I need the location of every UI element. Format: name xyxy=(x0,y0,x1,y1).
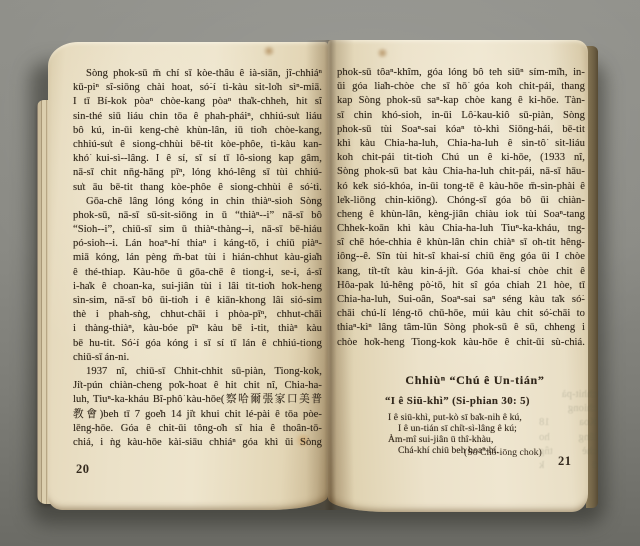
text-line: “Sioh--i”, chiū-sī sim ū thiàⁿ-thàng--i,… xyxy=(73,223,322,237)
text-line: nā-sī chit nn̄g-hāng pīⁿ, lóng khó-lêng … xyxy=(73,166,322,180)
text-line: Ji̍t-pún chiàn-cheng po̍k-hoat ê hit chi… xyxy=(73,379,322,393)
text-line: su̍t āu bē-tit thang kòe-phôe ê siong-ch… xyxy=(73,181,322,195)
text-line: kang, ti̍t-ti̍t kàu kin-á-ji̍t. Góa khai… xyxy=(337,265,585,279)
text-line: i thàng-thiàⁿ, kàu-bóe pīⁿ kàu bē i-tit,… xyxy=(73,322,322,336)
text-line: luh, Tiuⁿ-ka-kháu Bî-phô͘ kàu-hōe(察哈爾張家口… xyxy=(73,393,322,407)
text-line: i-ha̍k ê choan-ka, sui-jiân tùi i lâi ti… xyxy=(73,280,322,294)
text-line: chòe ho̍k-heng Tiong-kok kàu-hōe ê chit-… xyxy=(337,336,585,350)
text-line: sî chē hóe-chhia ê khùn-lân chin chiàⁿ s… xyxy=(337,236,585,250)
text-line: Gōa-chē lâng lóng kóng in chin thiàⁿ-sio… xyxy=(73,195,322,209)
foxing-stain xyxy=(262,46,276,56)
text-line: Sòng phok-sū m̄ chí sī kòe-thâu ê ià-siā… xyxy=(73,67,322,81)
text-line: kó ke̍k sió-khóa, in-ūi tong-tē ê kàu-hō… xyxy=(337,180,585,194)
text-line: sin-thé siū liáu chin tōa ê phah-pháiⁿ, … xyxy=(73,110,322,124)
text-line: koh chit-pái tit-tio̍h Chú un ê ki-hōe, … xyxy=(337,151,585,165)
photo-background: Sòng phok-sū m̄ chí sī kòe-thâu ê ià-siā… xyxy=(0,0,640,546)
text-line: Chia-ha-luh, Sui-oân, Soaⁿ-sai saⁿ séng … xyxy=(337,293,585,307)
text-line: Chhek-koān khì kàu Chia-ha-luh Tiuⁿ-ka-k… xyxy=(337,222,585,236)
text-line: Hôa-pak lú-hêng pò͘-tō, hit sî góa chiah… xyxy=(337,279,585,293)
text-line: khó͘ kui-sì--lâng. I ê sí, sī sí tī lô-s… xyxy=(73,152,322,166)
right-page-text: phok-sū tôaⁿ-khîm, góa lóng bô teh siūⁿ … xyxy=(337,66,585,350)
text-line: miā kóng, lán pèng m̄-bat tùi i hián-chh… xyxy=(73,251,322,265)
text-line: bē hu-tit. Só͘-í góa kóng i sī sí tī lán… xyxy=(73,337,322,351)
text-line: chhiú-su̍t ê siong-chhùi bē-tit kòe-phôe… xyxy=(73,138,322,152)
text-line: chiá, i ǹg kàu-hōe kài-siāu chhiáⁿ góa k… xyxy=(73,436,322,450)
hymn-heading: Chhiùⁿ “Chú ê Un-tián” xyxy=(337,373,585,388)
hymn-subtitle: “I ê Siū-khì” (Si-phian 30: 5) xyxy=(385,395,530,407)
text-line: phok-sū tôaⁿ-khîm, góa lóng bô teh siūⁿ … xyxy=(337,66,585,80)
text-line: iông--ê. Sîn tùi hit-sî khai-sí chiū ēng… xyxy=(337,250,585,264)
text-line: phok-sū tùi Soaⁿ-sai kóaⁿ tò-khì Siōng-h… xyxy=(337,123,585,137)
text-line: chiong xyxy=(539,402,597,416)
text-line: ūi góa lia̍h-chòe che sī hō͘ góa koh chi… xyxy=(337,80,585,94)
text-line: bô kú, in-ūi keng-chè khùn-lân, iū tio̍h… xyxy=(73,124,322,138)
text-line: pó-sioh--i. Lán hoaⁿ-hí thiaⁿ i káng-tō,… xyxy=(73,237,322,251)
text-line: 教會)beh tī 7 goe̍h 14 ji̍t khui chit lé-p… xyxy=(73,408,322,422)
text-line: Koa 18 xyxy=(539,416,597,430)
text-line: Àm-mî sui-jiân ū thî-khàu, xyxy=(388,434,522,445)
text-line: thè i phah-sǹg, chhut-chāi i phòa-pīⁿ, c… xyxy=(73,308,322,322)
left-page-text: Sòng phok-sū m̄ chí sī kòe-thâu ê ià-siā… xyxy=(73,67,322,450)
text-line: I ê un-tián sī chi̍t-sì-lâng ê kú; xyxy=(398,423,522,434)
hymn-attribution: (Só͘ Chò-iōng chok) xyxy=(464,447,542,458)
text-line: I ê siū-khì, put-kò sī ba̍k-nih ê kú, xyxy=(388,412,522,423)
text-line: sìn-sim, nā-sī bô ūi-tio̍h i ê kiān-khon… xyxy=(73,294,322,308)
text-line: lâng ho xyxy=(539,431,597,445)
page-number-left: 20 xyxy=(76,462,90,477)
text-line: khì kàu Chia-ha-luh, Chia-ha-luh ê sìn-t… xyxy=(337,137,585,151)
text-line: 1937 nî, chiū-sī Chhit-chhit sū-piàn, Ti… xyxy=(73,365,322,379)
text-line: chāi chú-lí léng-tō chū-hōe, múi kàu chi… xyxy=(337,307,585,321)
text-line: sī chin khó-sioh, in-ūi Lô͘-kau-kiô sū-p… xyxy=(337,109,585,123)
text-line: chiū-sī án-ni. xyxy=(73,351,322,365)
text-line: lēng-hōe. Góa ê chit-ūi tông-o̍h sī hia … xyxy=(73,422,322,436)
text-line: ê thé-thiap. Kàu-hōe ū gōa-chē ê tiong-i… xyxy=(73,266,322,280)
foxing-stain xyxy=(376,48,389,58)
text-line: chhit-pà xyxy=(539,388,597,402)
text-line: I tī Bí-kok pòaⁿ chòe-kang pòaⁿ tha̍k-ch… xyxy=(73,95,322,109)
text-line: phok-sū, nā-sī sū-sit-siōng in ū “thiàⁿ-… xyxy=(73,209,322,223)
text-line: kū-piⁿ sî-siōng chài hoat, só͘-í tì-kàu … xyxy=(73,81,322,95)
text-line: Sòng phok-sū bat kàu Chia-ha-luh chit-pá… xyxy=(337,165,585,179)
open-book: Sòng phok-sū m̄ chí sī kòe-thâu ê ià-siā… xyxy=(36,36,602,514)
text-line: cheng ê khùn-lân, kèng-jiân chiàu iok tù… xyxy=(337,208,585,222)
text-line: le̍k-liōng chin-kiōng). Chóng-sī góa bô … xyxy=(337,194,585,208)
text-line: thiaⁿ-kìⁿ lâng tâm-lūn Sòng phok-sū ê sū… xyxy=(337,321,585,335)
page-number-right: 21 xyxy=(558,454,572,469)
text-line: kap Sòng phok-sū saⁿ-kap chòe kang ê ki-… xyxy=(337,94,585,108)
